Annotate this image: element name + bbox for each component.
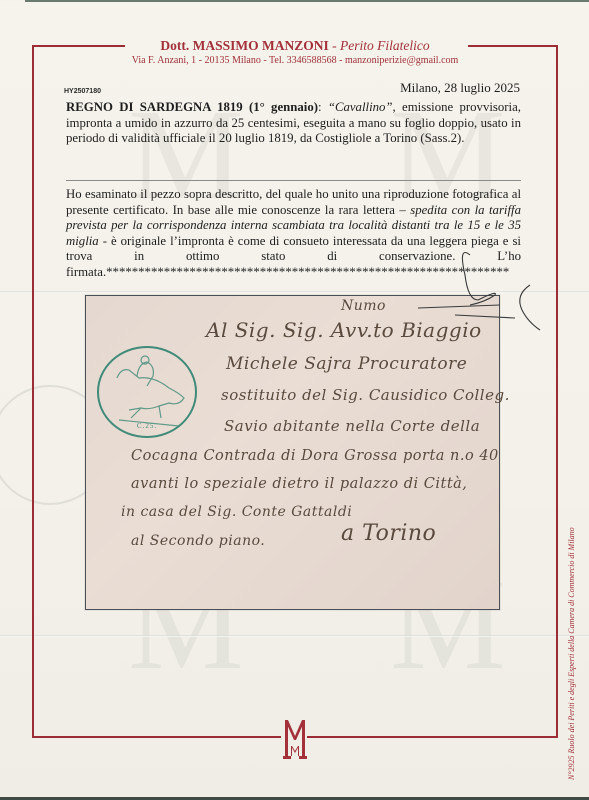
docket-note: Numo [341,298,386,314]
frame-border [32,45,34,738]
certificate-reference: HY2507180 [64,88,101,95]
expert-address: Via F. Anzani, 1 - 20135 Milano - Tel. 3… [120,54,470,68]
address-line: Savio abitante nella Corte della [224,417,480,435]
paper-fold [0,291,589,293]
expert-title: Perito Filatelico [340,38,430,53]
place-date: Milano, 28 luglio 2025 [400,80,520,96]
frame-border [556,45,558,738]
stamp-value: C.25. [99,422,195,430]
registration-note: N°2925 Ruolo dei Periti e degli Esperti … [567,527,576,780]
opinion-filler: ****************************************… [106,265,509,279]
cover-letter-image: Numo Al Sig. Sig. Avv.to Biaggio Michele… [85,295,500,610]
letterhead: Dott. MASSIMO MANZONI - Perito Filatelic… [120,38,470,68]
divider [66,180,521,181]
stamp-name: “Cavallino” [328,100,393,114]
address-line: sostituito del Sig. Causidico Colleg. [221,386,510,404]
description-heading: REGNO DI SARDEGNA 1819 (1° gennaio) [66,100,318,114]
expert-name-line: Dott. MASSIMO MANZONI - Perito Filatelic… [120,38,470,54]
scan-edge-top [25,0,589,2]
frame-border [307,736,558,738]
address-line: in casa del Sig. Conte Gattaldi [121,504,352,520]
address-line: Al Sig. Sig. Avv.to Biaggio [206,318,482,342]
destination: a Torino [341,521,436,546]
expert-name: Dott. MASSIMO MANZONI [160,38,328,53]
frame-border [32,736,281,738]
address-line: Cocagna Contrada di Dora Grossa porta n.… [131,448,499,464]
address-line: al Secondo piano. [131,533,265,549]
cavallino-stamp: C.25. [97,346,197,438]
frame-border [33,45,125,47]
item-description: REGNO DI SARDEGNA 1819 (1° gennaio): “Ca… [66,100,521,147]
monogram-logo [283,718,307,762]
address-line: Michele Sajra Procuratore [226,354,467,374]
expert-opinion: Ho esaminato il pezzo sopra descritto, d… [66,187,521,280]
frame-border [468,45,557,47]
paper-fold [0,635,589,637]
address-line: avanti lo speziale dietro il palazzo di … [131,476,467,492]
